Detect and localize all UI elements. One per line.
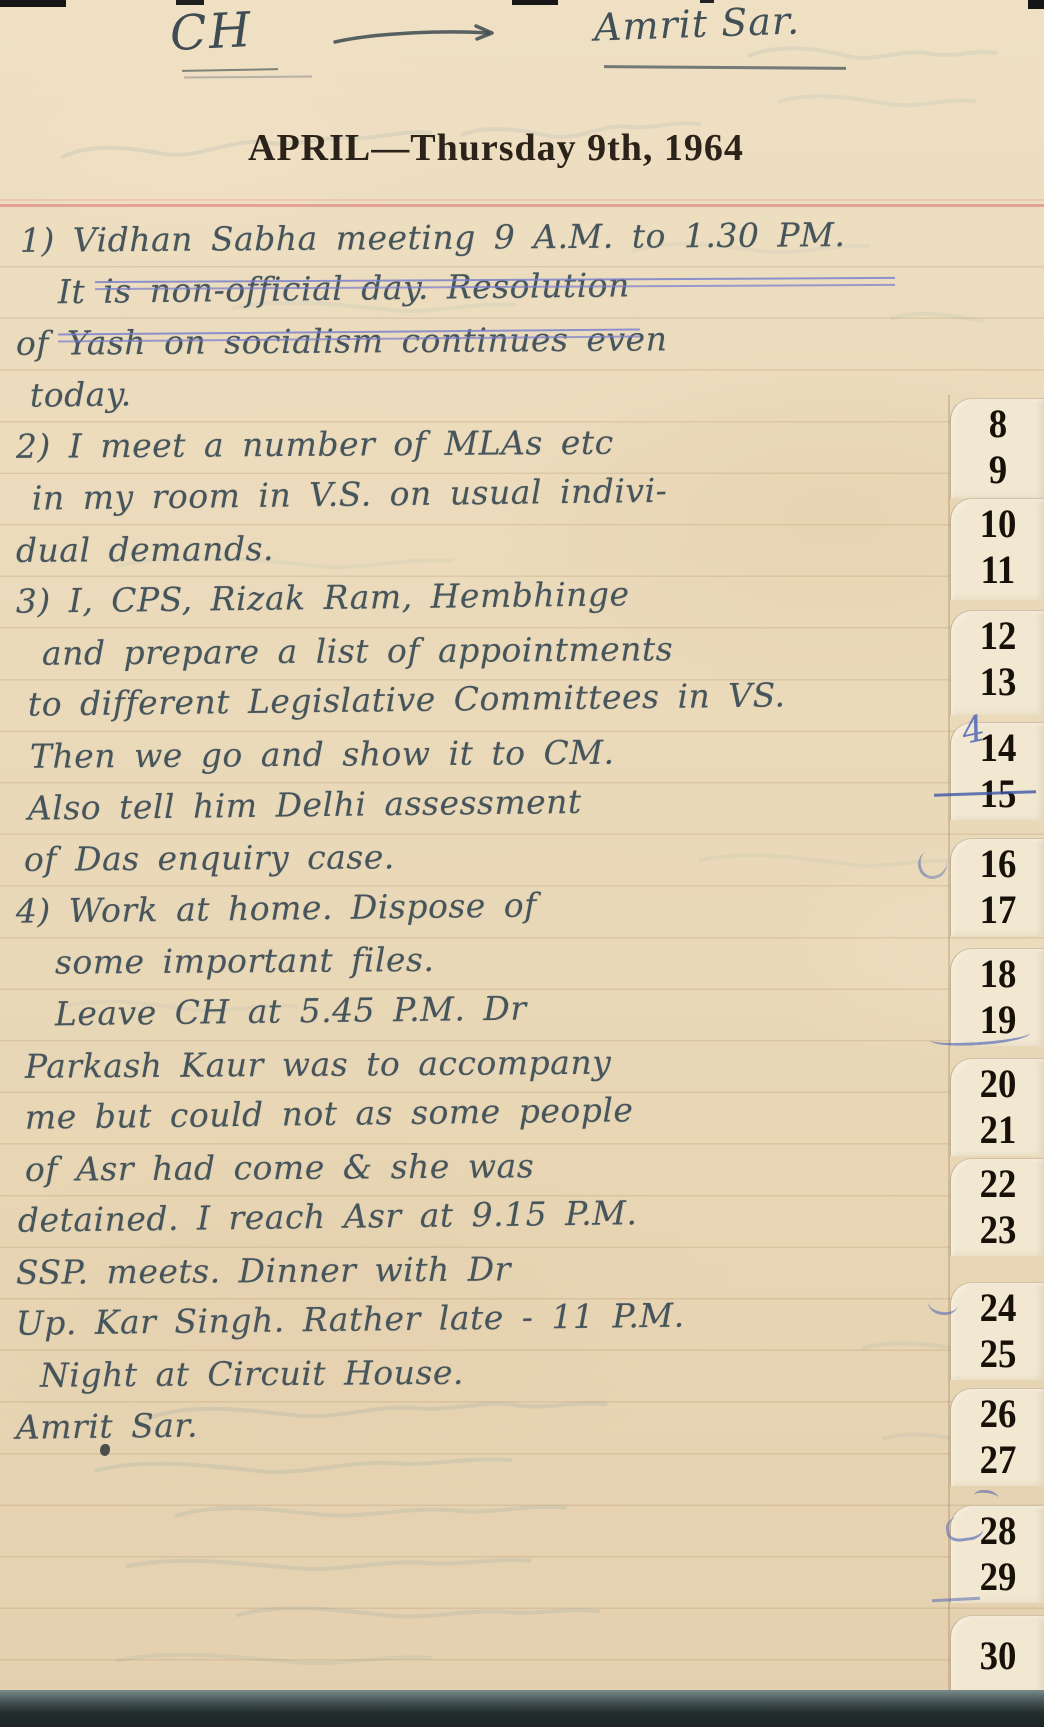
- date-tab-12-13: 12 13: [950, 610, 1044, 715]
- date-tab-24-25: 24 25: [950, 1282, 1044, 1380]
- tab-number: 9: [988, 447, 1006, 493]
- diary-entries: 1) Vidhan Sabha meeting 9 A.M. to 1.30 P…: [0, 221, 1044, 1459]
- date-tab-8-9: 8 9: [950, 398, 1044, 498]
- tab-number: 17: [979, 887, 1016, 933]
- tab-number: 11: [980, 547, 1015, 593]
- date-tab-16-17: 16 17: [950, 838, 1044, 936]
- tab-number: 8: [988, 401, 1006, 447]
- tab-number: 10: [979, 501, 1016, 547]
- underline-stroke: [604, 65, 846, 69]
- scan-bottom-edge: [0, 1690, 1044, 1727]
- date-tab-22-23: 22 23: [950, 1158, 1044, 1256]
- route-to-handwriting: Amrit Sar.: [593, 0, 800, 50]
- date-tab-10-11: 10 11: [950, 498, 1044, 600]
- red-rule: [0, 204, 1044, 207]
- handwritten-line: to different Legislative Committees in V…: [0, 673, 1044, 737]
- arrow-icon: [330, 20, 505, 52]
- underline-stroke: [182, 68, 278, 72]
- handwritten-line: detained. I reach Asr at 9.15 P.M.: [0, 1189, 1044, 1253]
- tab-number: 30: [979, 1633, 1016, 1679]
- tab-number: 26: [979, 1391, 1016, 1437]
- tab-number: 20: [979, 1061, 1016, 1107]
- tab-number: 24: [979, 1285, 1016, 1331]
- tab-number: 28: [979, 1508, 1016, 1554]
- handwritten-line: Up. Kar Singh. Rather late - 11 P.M.: [0, 1292, 1044, 1356]
- tab-number: 22: [979, 1161, 1016, 1207]
- route-from-handwriting: CH: [169, 2, 254, 62]
- pencil-underline-stroke: [184, 75, 312, 78]
- tab-number: 12: [979, 613, 1016, 659]
- tab-number: 25: [979, 1331, 1016, 1377]
- tab-number: 27: [979, 1437, 1016, 1483]
- date-tab-30: 30: [950, 1615, 1044, 1695]
- tab-number: 21: [979, 1107, 1016, 1153]
- scan-edge-artifact: [512, 0, 558, 5]
- scan-edge-artifact: [0, 0, 66, 7]
- red-rule-echo: [0, 199, 1044, 201]
- tab-number: 18: [979, 951, 1016, 997]
- tab-number: 29: [979, 1554, 1016, 1600]
- diary-page: CH Amrit Sar. APRIL—Thursday 9th, 1964 1…: [0, 0, 1044, 1727]
- scan-edge-artifact: [1028, 0, 1044, 9]
- blue-ink-mark: [973, 1489, 998, 1504]
- tab-number: 13: [979, 659, 1016, 705]
- date-tab-20-21: 20 21: [950, 1058, 1044, 1156]
- tab-number: 16: [979, 841, 1016, 887]
- date-tab-26-27: 26 27: [950, 1388, 1044, 1486]
- printed-date-title: APRIL—Thursday 9th, 1964: [248, 126, 744, 170]
- tab-number: 23: [979, 1207, 1016, 1253]
